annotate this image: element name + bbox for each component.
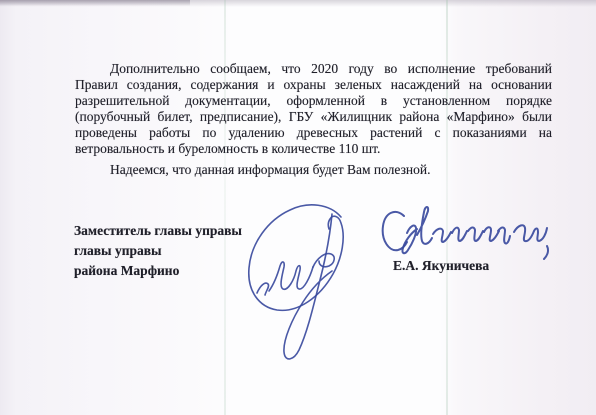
body-line: (порубочный билет, предписание), ГБУ «Жи… [75,109,552,125]
scan-edge-shadow [0,0,596,7]
signer-position-line: главы управы [74,241,242,261]
body-line: ветровальность и буреломность в количест… [75,141,552,157]
letter-body: Дополнительно сообщаем, что 2020 году во… [75,61,552,178]
handwritten-closing [383,207,548,259]
body-line: разрешительной документации, оформленной… [75,93,552,109]
body-closing-line: Надеемся, что данная информация будет Ва… [75,162,552,178]
scanned-letter-page: Дополнительно сообщаем, что 2020 году во… [0,0,596,415]
handwritten-signature [249,205,343,359]
signer-name: Е.А. Якуничева [393,258,489,274]
signer-position-line: района Марфино [74,261,242,281]
body-line: проведены работы по удалению древесных р… [75,125,552,141]
body-line: Дополнительно сообщаем, что 2020 году во… [75,61,552,77]
body-line: Правил создания, содержания и охраны зел… [75,77,552,93]
signer-position-line: Заместитель главы управы [74,221,242,241]
signer-position: Заместитель главы управы главы управы ра… [74,221,242,281]
